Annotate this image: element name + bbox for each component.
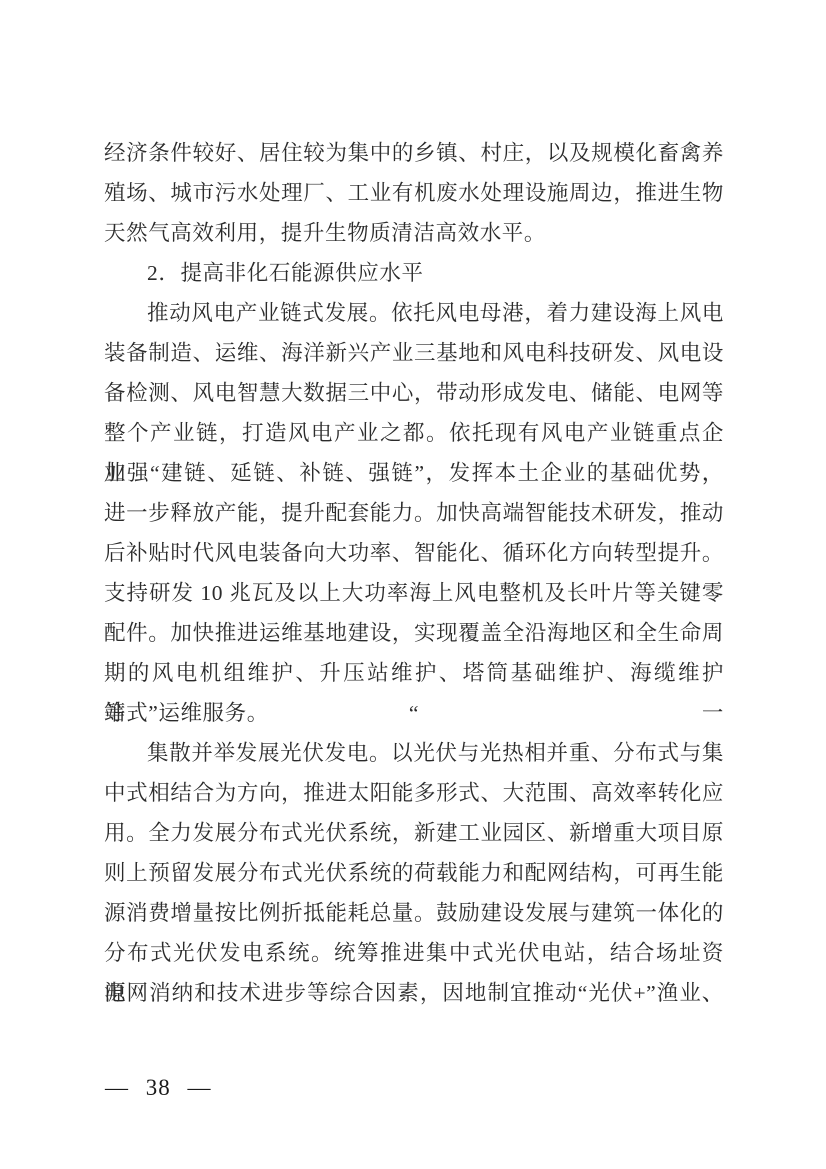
document-body: 经济条件较好、居住较为集中的乡镇、村庄，以及规模化畜禽养殖场、城市污水处理厂、工… [104,133,724,1013]
page-number: — 38 — [105,1075,212,1100]
text-line: 加强“建链、延链、补链、强链”，发挥本土企业的基础优势， [104,453,724,493]
text-line: 推动风电产业链式发展。依托风电母港，着力建设海上风电 [104,293,724,333]
text-line: 天然气高效利用，提升生物质清洁高效水平。 [104,213,724,253]
page-footer: — 38 — [105,1068,212,1108]
document-page: 经济条件较好、居住较为集中的乡镇、村庄，以及规模化畜禽养殖场、城市污水处理厂、工… [0,0,826,1169]
text-line: 则上预留发展分布式光伏系统的荷载能力和配网结构，可再生能 [104,853,724,893]
text-line: 殖场、城市污水处理厂、工业有机废水处理设施周边，推进生物 [104,173,724,213]
text-line: 中式相结合为方向，推进太阳能多形式、大范围、高效率转化应 [104,773,724,813]
text-line: 整个产业链，打造风电产业之都。依托现有风电产业链重点企业， [104,413,724,453]
text-line: 进一步释放产能，提升配套能力。加快高端智能技术研发，推动 [104,493,724,533]
section-heading: 2．提高非化石能源供应水平 [104,253,724,293]
text-line: 经济条件较好、居住较为集中的乡镇、村庄，以及规模化畜禽养 [104,133,724,173]
text-line: 装备制造、运维、海洋新兴产业三基地和风电科技研发、风电设 [104,333,724,373]
text-line: 后补贴时代风电装备向大功率、智能化、循环化方向转型提升。 [104,533,724,573]
text-line: 源消费增量按比例折抵能耗总量。鼓励建设发展与建筑一体化的 [104,893,724,933]
text-line: 分布式光伏发电系统。统筹推进集中式光伏电站，结合场址资源、 [104,933,724,973]
text-line: 期的风电机组维护、升压站维护、塔筒基础维护、海缆维护等“一 [104,653,724,693]
text-line: 电网消纳和技术进步等综合因素，因地制宜推动“光伏+”渔业、 [104,973,724,1013]
text-line: 配件。加快推进运维基地建设，实现覆盖全沿海地区和全生命周 [104,613,724,653]
text-line: 备检测、风电智慧大数据三中心，带动形成发电、储能、电网等 [104,373,724,413]
text-line: 集散并举发展光伏发电。以光伏与光热相并重、分布式与集 [104,733,724,773]
text-line: 支持研发 10 兆瓦及以上大功率海上风电整机及长叶片等关键零 [104,573,724,613]
text-line: 用。全力发展分布式光伏系统，新建工业园区、新增重大项目原 [104,813,724,853]
